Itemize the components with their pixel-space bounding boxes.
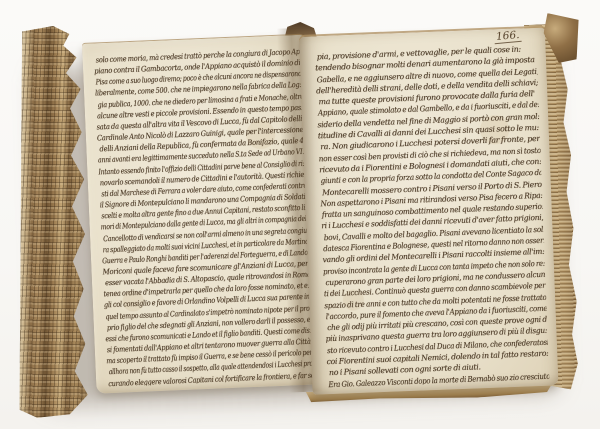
right-page: 166. pia, provisione d'armi, e vettovagl… — [299, 28, 559, 395]
left-page-text: solo come moria, mà credesi trattò perch… — [93, 46, 313, 387]
right-page-text: pia, provisione d'armi, e vettovaglie, p… — [315, 43, 550, 388]
photo-background: solo come moria, mà credesi trattò perch… — [0, 0, 600, 429]
left-page: solo come moria, mà credesi trattò perch… — [82, 35, 320, 394]
folio-number: 166. — [493, 29, 521, 44]
